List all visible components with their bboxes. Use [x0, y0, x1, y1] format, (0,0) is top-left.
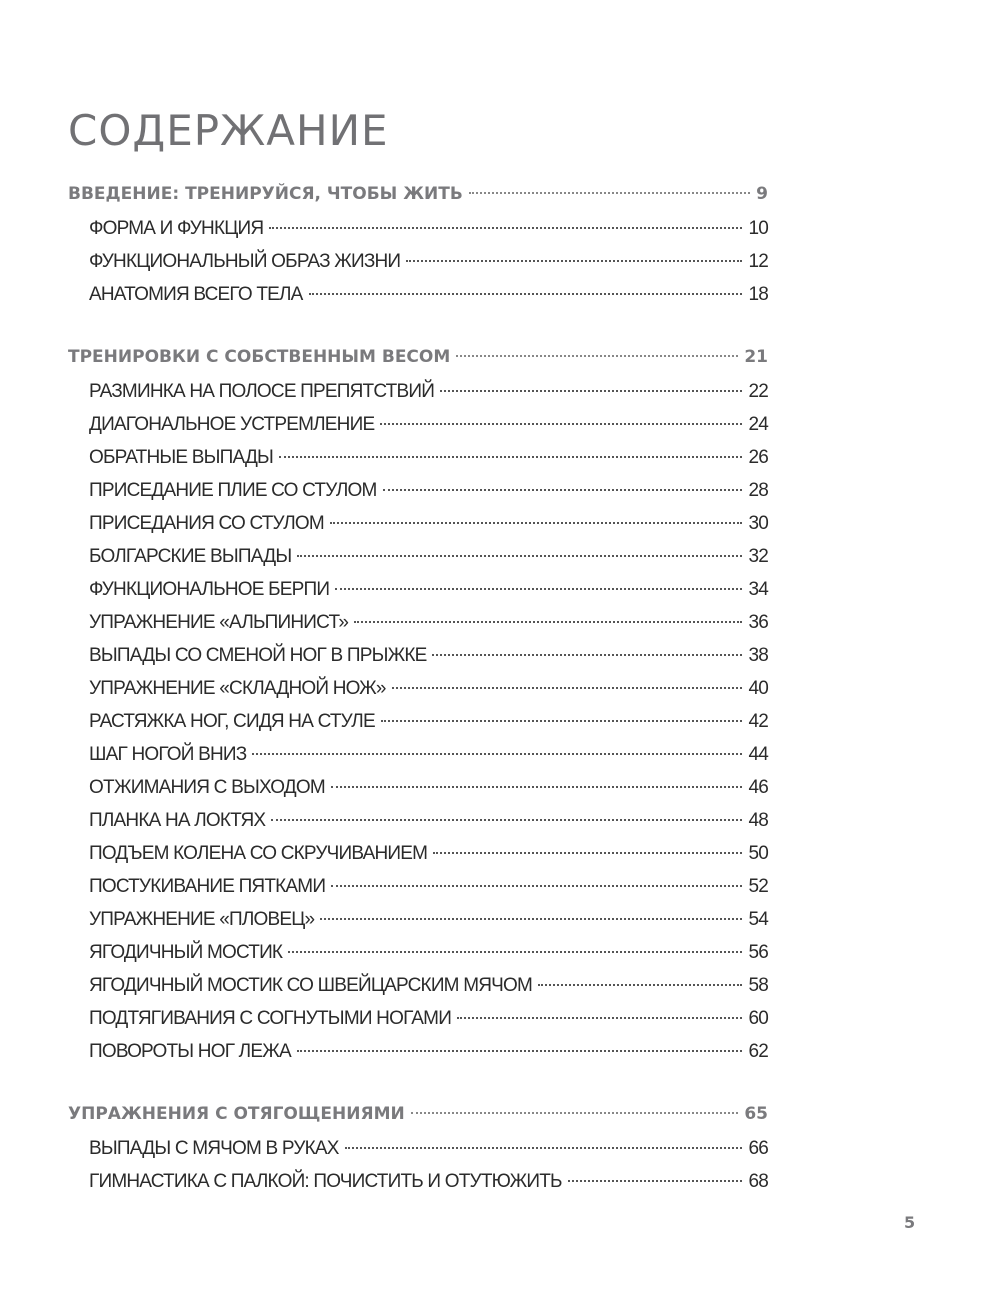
toc-entry[interactable]: УПРАЖНЕНИЕ «ПЛОВЕЦ»54	[68, 903, 768, 936]
entry-page-number: 24	[748, 408, 768, 441]
page-number: 5	[904, 1213, 915, 1232]
toc-entry[interactable]: ПОДТЯГИВАНИЯ С СОГНУТЫМИ НОГАМИ60	[68, 1002, 768, 1035]
entry-page-number: 52	[748, 870, 768, 903]
entry-title: ПЛАНКА НА ЛОКТЯХ	[89, 804, 265, 837]
toc-entry[interactable]: ФУНКЦИОНАЛЬНЫЙ ОБРАЗ ЖИЗНИ12	[68, 245, 768, 278]
entry-page-number: 26	[748, 441, 768, 474]
toc-entry[interactable]: ВЫПАДЫ С МЯЧОМ В РУКАХ66	[68, 1132, 768, 1165]
toc-entry[interactable]: РАЗМИНКА НА ПОЛОСЕ ПРЕПЯТСТВИЙ22	[68, 375, 768, 408]
section-gap	[68, 311, 768, 339]
dot-leader	[568, 1180, 743, 1182]
entry-title: УПРАЖНЕНИЕ «ПЛОВЕЦ»	[89, 903, 314, 936]
entry-page-number: 68	[748, 1165, 768, 1198]
entry-title: АНАТОМИЯ ВСЕГО ТЕЛА	[89, 278, 303, 311]
toc-entry[interactable]: ПОВОРОТЫ НОГ ЛЕЖА62	[68, 1035, 768, 1068]
toc-section-heading[interactable]: ВВЕДЕНИЕ: ТРЕНИРУЙСЯ, ЧТОБЫ ЖИТЬ9	[68, 176, 768, 212]
toc-entry[interactable]: ФУНКЦИОНАЛЬНОЕ БЕРПИ34	[68, 573, 768, 606]
dot-leader	[432, 654, 742, 656]
entry-title: БОЛГАРСКИЕ ВЫПАДЫ	[89, 540, 291, 573]
toc-section-heading[interactable]: УПРАЖНЕНИЯ С ОТЯГОЩЕНИЯМИ65	[68, 1096, 768, 1132]
dot-leader	[335, 588, 742, 590]
entry-title: ЯГОДИЧНЫЙ МОСТИК	[89, 936, 282, 969]
dot-leader	[538, 984, 742, 986]
entry-page-number: 54	[748, 903, 768, 936]
entry-page-number: 21	[744, 339, 768, 375]
entry-page-number: 12	[748, 245, 768, 278]
entry-page-number: 22	[748, 375, 768, 408]
table-of-contents: ВВЕДЕНИЕ: ТРЕНИРУЙСЯ, ЧТОБЫ ЖИТЬ9ФОРМА И…	[68, 176, 768, 1198]
entry-page-number: 30	[748, 507, 768, 540]
toc-entry[interactable]: ПОСТУКИВАНИЕ ПЯТКАМИ52	[68, 870, 768, 903]
toc-entry[interactable]: ПОДЪЕМ КОЛЕНА СО СКРУЧИВАНИЕМ50	[68, 837, 768, 870]
dot-leader	[345, 1147, 743, 1149]
dot-leader	[457, 1017, 742, 1019]
dot-leader	[330, 522, 743, 524]
entry-title: ПОВОРОТЫ НОГ ЛЕЖА	[89, 1035, 291, 1068]
entry-title: ФУНКЦИОНАЛЬНЫЙ ОБРАЗ ЖИЗНИ	[89, 245, 400, 278]
dot-leader	[269, 227, 742, 229]
page-title: СОДЕРЖАНИЕ	[68, 106, 389, 155]
entry-title: ПРИСЕДАНИЕ ПЛИЕ СО СТУЛОМ	[89, 474, 377, 507]
entry-page-number: 36	[748, 606, 768, 639]
toc-entry[interactable]: ШАГ НОГОЙ ВНИЗ44	[68, 738, 768, 771]
entry-title: ПОДТЯГИВАНИЯ С СОГНУТЫМИ НОГАМИ	[89, 1002, 451, 1035]
entry-title: ОБРАТНЫЕ ВЫПАДЫ	[89, 441, 273, 474]
entry-page-number: 48	[748, 804, 768, 837]
entry-title: ЯГОДИЧНЫЙ МОСТИК СО ШВЕЙЦАРСКИМ МЯЧОМ	[89, 969, 532, 1002]
entry-title: ПРИСЕДАНИЯ СО СТУЛОМ	[89, 507, 324, 540]
toc-entry[interactable]: АНАТОМИЯ ВСЕГО ТЕЛА18	[68, 278, 768, 311]
toc-entry[interactable]: ДИАГОНАЛЬНОЕ УСТРЕМЛЕНИЕ24	[68, 408, 768, 441]
entry-title: УПРАЖНЕНИЯ С ОТЯГОЩЕНИЯМИ	[68, 1096, 405, 1132]
entry-title: ШАГ НОГОЙ ВНИЗ	[89, 738, 246, 771]
toc-entry[interactable]: ПЛАНКА НА ЛОКТЯХ48	[68, 804, 768, 837]
dot-leader	[354, 621, 742, 623]
entry-page-number: 65	[744, 1096, 768, 1132]
entry-page-number: 28	[748, 474, 768, 507]
entry-page-number: 42	[748, 705, 768, 738]
toc-entry[interactable]: ГИМНАСТИКА С ПАЛКОЙ: ПОЧИСТИТЬ И ОТУТЮЖИ…	[68, 1165, 768, 1198]
dot-leader	[456, 355, 738, 357]
dot-leader	[380, 423, 742, 425]
entry-title: УПРАЖНЕНИЕ «АЛЬПИНИСТ»	[89, 606, 348, 639]
entry-title: ВЫПАДЫ СО СМЕНОЙ НОГ В ПРЫЖКЕ	[89, 639, 426, 672]
dot-leader	[320, 918, 742, 920]
dot-leader	[411, 1112, 739, 1114]
toc-entry[interactable]: РАСТЯЖКА НОГ, СИДЯ НА СТУЛЕ42	[68, 705, 768, 738]
entry-title: РАЗМИНКА НА ПОЛОСЕ ПРЕПЯТСТВИЙ	[89, 375, 434, 408]
dot-leader	[469, 192, 750, 194]
dot-leader	[381, 720, 743, 722]
entry-page-number: 56	[748, 936, 768, 969]
dot-leader	[309, 293, 743, 295]
dot-leader	[271, 819, 742, 821]
dot-leader	[279, 456, 742, 458]
entry-title: ГИМНАСТИКА С ПАЛКОЙ: ПОЧИСТИТЬ И ОТУТЮЖИ…	[89, 1165, 562, 1198]
toc-entry[interactable]: УПРАЖНЕНИЕ «СКЛАДНОЙ НОЖ»40	[68, 672, 768, 705]
dot-leader	[297, 1050, 743, 1052]
entry-title: ОТЖИМАНИЯ С ВЫХОДОМ	[89, 771, 325, 804]
dot-leader	[433, 852, 742, 854]
dot-leader	[288, 951, 742, 953]
entry-page-number: 50	[748, 837, 768, 870]
entry-title: ТРЕНИРОВКИ С СОБСТВЕННЫМ ВЕСОМ	[68, 339, 450, 375]
dot-leader	[406, 260, 742, 262]
entry-title: РАСТЯЖКА НОГ, СИДЯ НА СТУЛЕ	[89, 705, 375, 738]
dot-leader	[297, 555, 742, 557]
entry-title: ПОДЪЕМ КОЛЕНА СО СКРУЧИВАНИЕМ	[89, 837, 427, 870]
entry-title: ПОСТУКИВАНИЕ ПЯТКАМИ	[89, 870, 325, 903]
entry-page-number: 46	[748, 771, 768, 804]
entry-title: ДИАГОНАЛЬНОЕ УСТРЕМЛЕНИЕ	[89, 408, 374, 441]
toc-entry[interactable]: УПРАЖНЕНИЕ «АЛЬПИНИСТ»36	[68, 606, 768, 639]
section-gap	[68, 1068, 768, 1096]
entry-page-number: 58	[748, 969, 768, 1002]
dot-leader	[440, 390, 742, 392]
entry-page-number: 60	[748, 1002, 768, 1035]
toc-entry[interactable]: ФОРМА И ФУНКЦИЯ10	[68, 212, 768, 245]
dot-leader	[252, 753, 742, 755]
toc-entry[interactable]: ОТЖИМАНИЯ С ВЫХОДОМ46	[68, 771, 768, 804]
entry-page-number: 38	[748, 639, 768, 672]
entry-page-number: 10	[748, 212, 768, 245]
toc-entry[interactable]: БОЛГАРСКИЕ ВЫПАДЫ32	[68, 540, 768, 573]
dot-leader	[331, 885, 742, 887]
toc-entry[interactable]: ОБРАТНЫЕ ВЫПАДЫ26	[68, 441, 768, 474]
entry-title: ФОРМА И ФУНКЦИЯ	[89, 212, 263, 245]
entry-page-number: 62	[748, 1035, 768, 1068]
entry-page-number: 40	[748, 672, 768, 705]
toc-entry[interactable]: ЯГОДИЧНЫЙ МОСТИК56	[68, 936, 768, 969]
entry-page-number: 34	[748, 573, 768, 606]
toc-section-heading[interactable]: ТРЕНИРОВКИ С СОБСТВЕННЫМ ВЕСОМ21	[68, 339, 768, 375]
entry-page-number: 66	[748, 1132, 768, 1165]
entry-page-number: 32	[748, 540, 768, 573]
entry-page-number: 44	[748, 738, 768, 771]
toc-entry[interactable]: ПРИСЕДАНИЯ СО СТУЛОМ30	[68, 507, 768, 540]
toc-entry[interactable]: ЯГОДИЧНЫЙ МОСТИК СО ШВЕЙЦАРСКИМ МЯЧОМ58	[68, 969, 768, 1002]
entry-title: ВЫПАДЫ С МЯЧОМ В РУКАХ	[89, 1132, 339, 1165]
dot-leader	[392, 687, 743, 689]
entry-page-number: 9	[756, 176, 768, 212]
dot-leader	[383, 489, 743, 491]
entry-title: ВВЕДЕНИЕ: ТРЕНИРУЙСЯ, ЧТОБЫ ЖИТЬ	[68, 176, 463, 212]
dot-leader	[331, 786, 743, 788]
entry-title: ФУНКЦИОНАЛЬНОЕ БЕРПИ	[89, 573, 329, 606]
entry-title: УПРАЖНЕНИЕ «СКЛАДНОЙ НОЖ»	[89, 672, 386, 705]
entry-page-number: 18	[748, 278, 768, 311]
toc-entry[interactable]: ПРИСЕДАНИЕ ПЛИЕ СО СТУЛОМ28	[68, 474, 768, 507]
toc-entry[interactable]: ВЫПАДЫ СО СМЕНОЙ НОГ В ПРЫЖКЕ38	[68, 639, 768, 672]
